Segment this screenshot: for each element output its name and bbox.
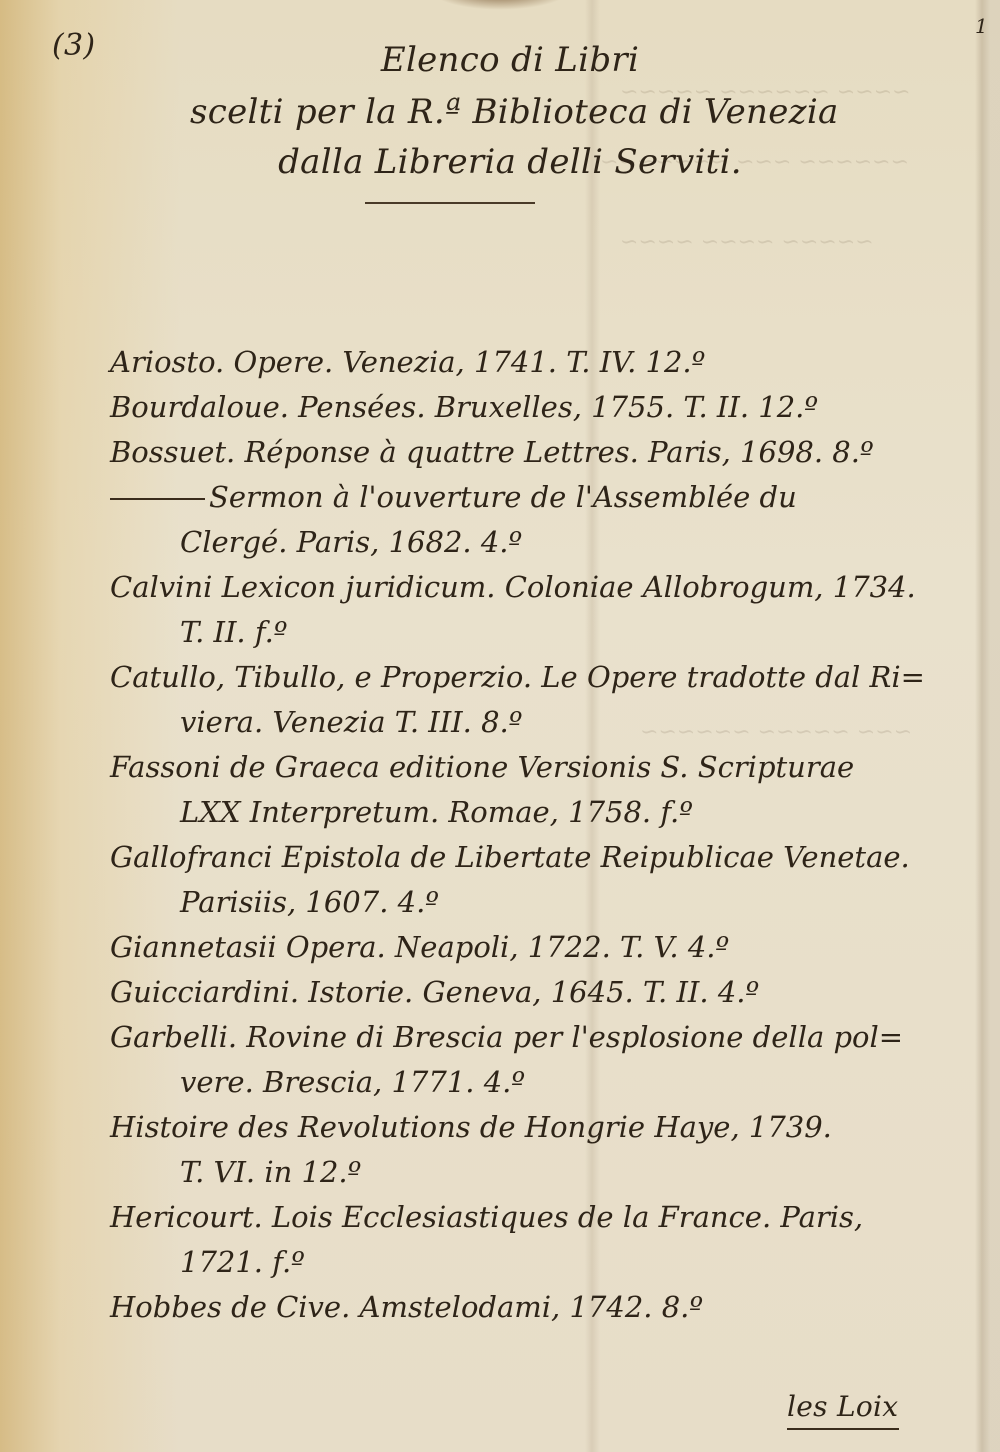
manuscript-page: ~~~~ ~~~~~~ ~~~~~ ~~~~~~ ~~~ ~~~~~~~ ~~~…: [0, 0, 1000, 1452]
entry-continuation: T. II. f.º: [110, 610, 930, 655]
book-list: Ariosto. Opere. Venezia, 1741. T. IV. 12…: [110, 340, 930, 1330]
list-item: Gallofranci Epistola de Libertate Reipub…: [110, 835, 930, 925]
catchword: les Loix: [787, 1390, 898, 1423]
entry-text: Sermon à l'ouverture de l'Assemblée du: [209, 480, 797, 514]
entry-text: Catullo, Tibullo, e Properzio. Le Opere …: [110, 660, 925, 694]
title-underline: [365, 202, 535, 204]
entry-text: Guicciardini. Istorie. Geneva, 1645. T. …: [110, 975, 759, 1009]
entry-text: Bourdaloue. Pensées. Bruxelles, 1755. T.…: [110, 390, 818, 424]
list-item: Hericourt. Lois Ecclesiastiques de la Fr…: [110, 1195, 930, 1285]
entry-text: Fassoni de Graeca editione Versionis S. …: [110, 750, 854, 784]
entry-continuation: vere. Brescia, 1771. 4.º: [110, 1060, 930, 1105]
entry-continuation: viera. Venezia T. III. 8.º: [110, 700, 930, 745]
list-item: Fassoni de Graeca editione Versionis S. …: [110, 745, 930, 835]
list-item: Hobbes de Cive. Amstelodami, 1742. 8.º: [110, 1285, 930, 1330]
entry-text: Ariosto. Opere. Venezia, 1741. T. IV. 12…: [110, 345, 705, 379]
entry-continuation: Clergé. Paris, 1682. 4.º: [110, 520, 930, 565]
list-item: Guicciardini. Istorie. Geneva, 1645. T. …: [110, 970, 930, 1015]
entry-text: Garbelli. Rovine di Brescia per l'esplos…: [110, 1020, 903, 1054]
title-line-2: scelti per la R.ª Biblioteca di Venezia: [190, 92, 830, 132]
bleed-through-text: ~~~~~ ~~~~ ~~~~: [620, 230, 874, 255]
list-item: Calvini Lexicon juridicum. Coloniae Allo…: [110, 565, 930, 655]
entry-text: Bossuet. Réponse à quattre Lettres. Pari…: [110, 435, 874, 469]
entry-continuation: 1721. f.º: [110, 1240, 930, 1285]
list-item: Catullo, Tibullo, e Properzio. Le Opere …: [110, 655, 930, 745]
entry-continuation: LXX Interpretum. Romae, 1758. f.º: [110, 790, 930, 835]
list-item: Ariosto. Opere. Venezia, 1741. T. IV. 12…: [110, 340, 930, 385]
entry-text: Hericourt. Lois Ecclesiastiques de la Fr…: [110, 1200, 863, 1234]
wax-stain: [430, 0, 570, 10]
folio-mark: 1: [975, 14, 988, 38]
list-item: Histoire des Revolutions de Hongrie Haye…: [110, 1105, 930, 1195]
ditto-dash: [110, 498, 205, 500]
list-item: Bossuet. Réponse à quattre Lettres. Pari…: [110, 430, 930, 475]
title-line-3: dalla Libreria delli Serviti.: [190, 142, 830, 182]
page-marker: (3): [52, 28, 95, 63]
list-item: Giannetasii Opera. Neapoli, 1722. T. V. …: [110, 925, 930, 970]
entry-text: Histoire des Revolutions de Hongrie Haye…: [110, 1110, 832, 1144]
entry-text: Calvini Lexicon juridicum. Coloniae Allo…: [110, 570, 916, 604]
entry-text: Gallofranci Epistola de Libertate Reipub…: [110, 840, 910, 874]
list-item: Bourdaloue. Pensées. Bruxelles, 1755. T.…: [110, 385, 930, 430]
entry-continuation: Parisiis, 1607. 4.º: [110, 880, 930, 925]
list-item: Garbelli. Rovine di Brescia per l'esplos…: [110, 1015, 930, 1105]
entry-text: Giannetasii Opera. Neapoli, 1722. T. V. …: [110, 930, 729, 964]
entry-continuation: T. VI. in 12.º: [110, 1150, 930, 1195]
catchword-underline: [787, 1428, 899, 1430]
list-item: Sermon à l'ouverture de l'Assemblée du C…: [110, 475, 930, 565]
title-line-1: Elenco di Libri: [190, 40, 830, 80]
entry-text: Hobbes de Cive. Amstelodami, 1742. 8.º: [110, 1290, 703, 1324]
